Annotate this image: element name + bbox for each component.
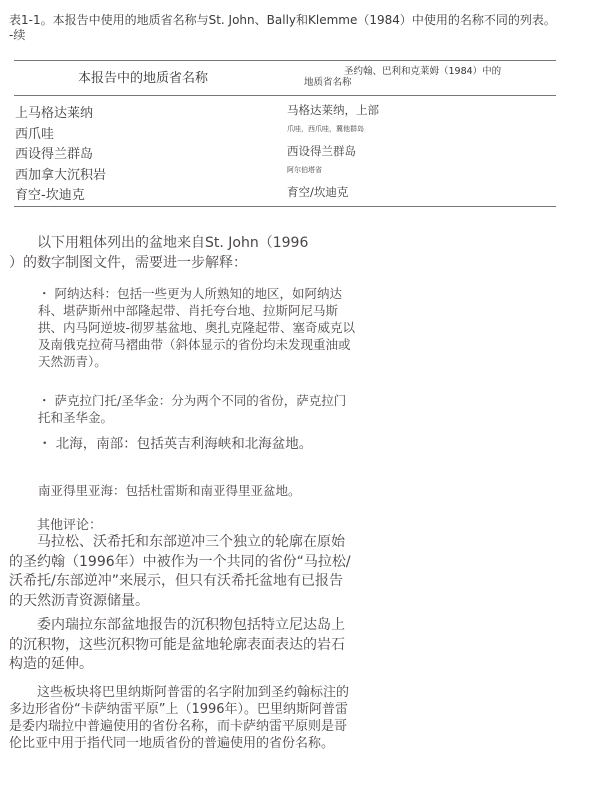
table-row: 上马格达莱纳 马格达莱纳，上部 [14,100,556,121]
south-adriatic-note: 南亚得里亚海：包括杜雷斯和南亚得里亚盆地。 [38,482,301,499]
header-st-john-line2: 地质省名称 [289,77,529,88]
bullet-sacramento: ・ 萨克拉门托/圣华金：分为两个不同的省份，萨克拉门托和圣华金。 [38,392,358,426]
bullet-marker: ・ [38,436,52,452]
cell-st-john: 阿尔伯塔省 [287,165,322,175]
header-st-john-line1: 圣约翰、巴利和克莱姆（1984）中的 [289,66,529,77]
comment-paragraph-marathon: 马拉松、沃希托和东部逆冲三个独立的轮廓在原始的圣约翰（1996年）中被作为一个共… [9,533,354,611]
bullet-text: 萨克拉门托/圣华金：分为两个不同的省份，萨克拉门托和圣华金。 [38,393,346,425]
cell-this-report: 西加拿大沉积岩 [15,164,106,183]
province-name-table: 本报告中的地质省名称 圣约翰、巴利和克莱姆（1984）中的 地质省名称 上马格达… [14,60,556,207]
bullet-text: 阿纳达科：包括一些更为人所熟知的地区，如阿纳达科、堪萨斯州中部隆起带、肖托夸台地… [38,286,355,369]
caption-continued: -续 [9,28,589,43]
bullet-anadarko: ・ 阿纳达科：包括一些更为人所熟知的地区，如阿纳达科、堪萨斯州中部隆起带、肖托夸… [38,285,358,370]
cell-st-john: 西设得兰群岛 [287,143,356,159]
header-st-john-1984: 圣约翰、巴利和克莱姆（1984）中的 地质省名称 [289,66,529,88]
cell-this-report: 上马格达莱纳 [15,102,93,121]
intro-paragraph: 以下用粗体列出的盆地来自St. John（1996 ）的数字制图文件，需要进一步… [9,234,339,273]
cell-st-john: 育空/坎迪克 [287,184,348,200]
table-row: 西设得兰群岛 西设得兰群岛 [14,141,556,162]
table-row: 西加拿大沉积岩 阿尔伯塔省 [14,162,556,183]
header-this-report: 本报告中的地质省名称 [78,67,208,86]
intro-line2: ）的数字制图文件，需要进一步解释： [9,254,339,274]
bullet-marker: ・ [38,393,51,408]
bullet-text: 北海，南部：包括英吉利海峡和北海盆地。 [56,436,313,452]
cell-this-report: 西设得兰群岛 [15,143,93,162]
table-bottom-rule [14,206,556,207]
table-row: 育空-坎迪克 育空/坎迪克 [14,182,556,203]
bullet-north-sea: ・ 北海，南部：包括英吉利海峡和北海盆地。 [38,436,418,453]
table-body: 上马格达莱纳 马格达莱纳，上部 西爪哇 爪哇，西爪哇，冀他群岛 西设得兰群岛 西… [14,96,556,206]
cell-this-report: 西爪哇 [15,123,54,142]
table-caption: 表1-1。本报告中使用的地质省名称与St. John、Bally和Klemme（… [9,13,589,43]
comment-paragraph-venezuela: 委内瑞拉东部盆地报告的沉积物包括特立尼达岛上的沉积物，这些沉积物可能是盆地轮廓表… [9,616,354,675]
cell-this-report: 育空-坎迪克 [15,184,85,203]
table-header: 本报告中的地质省名称 圣约翰、巴利和克莱姆（1984）中的 地质省名称 [14,61,556,95]
cell-st-john: 爪哇，西爪哇，冀他群岛 [287,124,364,134]
table-row: 西爪哇 爪哇，西爪哇，冀他群岛 [14,121,556,142]
intro-line1: 以下用粗体列出的盆地来自St. John（1996 [9,234,339,254]
cell-st-john: 马格达莱纳，上部 [287,102,379,118]
caption-title: 表1-1。本报告中使用的地质省名称与St. John、Bally和Klemme（… [9,13,589,28]
comment-paragraph-barinas: 这些板块将巴里纳斯阿普雷的名字附加到圣约翰标注的多边形省份“卡萨纳雷平原”上（1… [9,684,354,752]
bullet-marker: ・ [38,286,51,301]
